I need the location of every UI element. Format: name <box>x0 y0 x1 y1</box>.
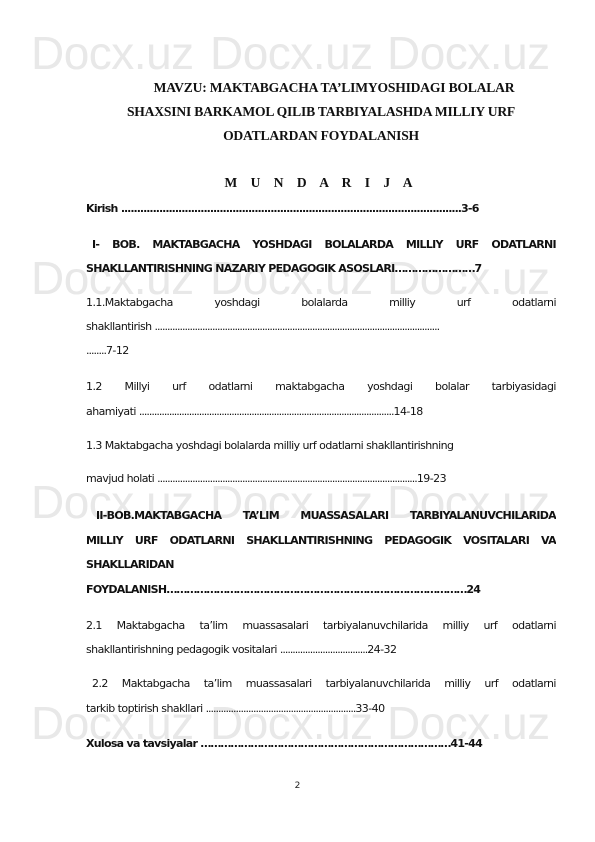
word: BOLALARDA <box>324 238 393 251</box>
word: odatlarni <box>208 380 252 393</box>
word: tarbiyalanuvchilarida <box>323 619 428 632</box>
toc-entry-label: FOYDALANISH <box>86 583 166 596</box>
dot-leader: ........................................… <box>206 702 356 715</box>
word: I- <box>92 238 99 251</box>
word: milliy <box>443 619 469 632</box>
toc-entry-1-1-line3[interactable]: ........7-12 <box>86 344 556 357</box>
word: Millyi <box>125 380 150 393</box>
word: odatlarni <box>512 296 556 309</box>
dot-leader: ........................................… <box>157 472 417 485</box>
document-page: Docx.uz Docx.uz Docx.uz Docx.uz Docx.uz … <box>0 0 595 842</box>
toc-entry-label: ahamiyati <box>86 405 136 418</box>
toc-entry-1-3-line1[interactable]: 1.3 Maktabgacha yoshdagi bolalarda milli… <box>86 439 556 452</box>
word: VOSITALARI <box>463 534 529 547</box>
toc-entry-label: SHAKLLANTIRISHNING NAZARIY PEDAGOGIK ASO… <box>86 262 395 275</box>
word: MILLIY <box>86 534 123 547</box>
dot-leader: ……………………………………………………………………………… <box>166 583 466 596</box>
word: TA’LIM <box>243 509 279 522</box>
toc-entry-1-1-line2[interactable]: shakllantirish .........................… <box>86 320 556 333</box>
toc-entry-1-2-line2[interactable]: ahamiyati ..............................… <box>86 405 556 418</box>
word: muassasalari <box>246 677 312 690</box>
word: maktabgacha <box>275 380 344 393</box>
toc-entry-label: SHAKLLARIDAN <box>86 558 174 571</box>
toc-entry-label: Kirish <box>86 202 118 215</box>
word: BOB. <box>112 238 140 251</box>
word: bolalarda <box>301 296 347 309</box>
toc-entry-2-1-line2[interactable]: shakllantirishning pedagogik vositalari … <box>86 643 556 656</box>
watermark: Docx.uz <box>31 28 194 78</box>
word: YOSHDAGI <box>252 238 311 251</box>
word: milliy <box>389 296 415 309</box>
toc-page-range: 7 <box>475 262 482 275</box>
toc-entry-1-2-line1[interactable]: 1.2 Millyi urf odatlarni maktabgacha yos… <box>86 380 556 393</box>
word: urf <box>484 677 498 690</box>
word: PEDAGOGIK <box>384 534 451 547</box>
word: MILLIY <box>406 238 443 251</box>
word: MUASSASALARI <box>300 509 388 522</box>
toc-entry-bob2-line2[interactable]: MILLIY URF ODATLARNI SHAKLLANTIRISHNING … <box>86 534 556 547</box>
word: 1.1.Maktabgacha <box>86 296 173 309</box>
toc-entry-bob2-line4[interactable]: FOYDALANISH……………………………………………………………………………… <box>86 583 556 596</box>
toc-entry-bob1-line2[interactable]: SHAKLLANTIRISHNING NAZARIY PEDAGOGIK ASO… <box>86 262 556 275</box>
toc-page-range: 3-6 <box>461 202 479 215</box>
document-title-line-2: SHAXSINI BARKAMOL QILIB TARBIYALASHDA MI… <box>86 104 556 120</box>
word: ODATLARNI <box>170 534 235 547</box>
word: urf <box>483 619 497 632</box>
watermark-row: Docx.uz Docx.uz Docx.uz <box>0 28 595 78</box>
toc-page-range: 33-40 <box>355 702 384 715</box>
word: ODATLARNI <box>491 238 556 251</box>
word: tarbiyasidagi <box>492 380 556 393</box>
toc-entry-bob2-line3[interactable]: SHAKLLARIDAN <box>86 558 556 571</box>
word: muassasalari <box>242 619 308 632</box>
word: odatlarni <box>512 677 556 690</box>
word: ta’lim <box>199 619 227 632</box>
word: yoshdagi <box>214 296 259 309</box>
toc-entry-1-3-line2[interactable]: mavjud holati ..........................… <box>86 472 556 485</box>
toc-page-range: 19-23 <box>417 472 446 485</box>
toc-page-range: 7-12 <box>106 344 129 357</box>
word: urf <box>457 296 471 309</box>
watermark: Docx.uz <box>387 28 550 78</box>
dot-leader: ........ <box>86 344 106 357</box>
toc-entry-bob1-line1[interactable]: I- BOB. MAKTABGACHA YOSHDAGI BOLALARDA M… <box>86 238 556 251</box>
page-number: 2 <box>0 781 595 791</box>
dot-leader: ........................................… <box>155 320 440 333</box>
word: milliy <box>444 677 470 690</box>
toc-entry-label: shakllantirishning pedagogik vositalari <box>86 643 277 656</box>
toc-entry-label: Xulosa va tavsiyalar <box>86 737 197 750</box>
dot-leader: …………………… <box>395 262 475 275</box>
word: 2.1 <box>86 619 102 632</box>
watermark: Docx.uz <box>210 28 373 78</box>
word: 2.2 <box>92 677 108 690</box>
toc-entry-2-2-line1[interactable]: 2.2 Maktabgacha ta’lim muassasalari tarb… <box>86 677 556 690</box>
word: 1.2 <box>86 380 102 393</box>
word: MAKTABGACHA <box>152 238 239 251</box>
document-title-line-3: ODATLARDAN FOYDALANISH <box>86 128 556 144</box>
toc-entry-2-2-line2[interactable]: tarkib toptirish shakllari .............… <box>86 702 556 715</box>
dot-leader: ........................................… <box>139 405 394 418</box>
dot-leader: ................................... <box>280 643 367 656</box>
word: URF <box>456 238 479 251</box>
word: URF <box>135 534 158 547</box>
toc-entry-label: mavjud holati <box>86 472 154 485</box>
toc-entry-bob2-line1[interactable]: II-BOB.MAKTABGACHA TA’LIM MUASSASALARI T… <box>86 509 556 522</box>
word: Maktabgacha <box>122 677 190 690</box>
toc-page-range: 41-44 <box>450 737 482 750</box>
dot-leader: ........................................… <box>121 202 461 215</box>
word: yoshdagi <box>367 380 412 393</box>
toc-entry-2-1-line1[interactable]: 2.1 Maktabgacha ta’lim muassasalari tarb… <box>86 619 556 632</box>
dot-leader: ………………………………………………………………… <box>200 737 450 750</box>
word: II-BOB.MAKTABGACHA <box>96 509 221 522</box>
word: VA <box>541 534 556 547</box>
word: bolalar <box>435 380 469 393</box>
word: tarbiyalanuvchilarida <box>326 677 431 690</box>
document-title-line-1: MAVZU: MAKTABGACHA TA’LIMYOSHIDAGI BOLAL… <box>112 80 556 96</box>
word: Maktabgacha <box>117 619 185 632</box>
toc-heading: M U N D A R I J A <box>86 175 556 191</box>
word: ta’lim <box>204 677 232 690</box>
toc-entry-label: shakllantirish <box>86 320 152 333</box>
toc-entry-label: 1.3 Maktabgacha yoshdagi bolalarda milli… <box>86 439 453 452</box>
toc-page-range: 24 <box>466 583 480 596</box>
toc-entry-kirish[interactable]: Kirish .................................… <box>86 202 556 215</box>
word: SHAKLLANTIRISHNING <box>246 534 372 547</box>
toc-page-range: 14-18 <box>394 405 423 418</box>
word: TARBIYALANUVCHILARIDA <box>410 509 556 522</box>
toc-entry-label: tarkib toptirish shakllari <box>86 702 203 715</box>
word: urf <box>172 380 186 393</box>
toc-entry-1-1-line1[interactable]: 1.1.Maktabgacha yoshdagi bolalarda milli… <box>86 296 556 309</box>
toc-page-range: 24-32 <box>367 643 396 656</box>
word: odatlarni <box>512 619 556 632</box>
toc-entry-xulosa[interactable]: Xulosa va tavsiyalar …………………………………………………… <box>86 737 556 750</box>
